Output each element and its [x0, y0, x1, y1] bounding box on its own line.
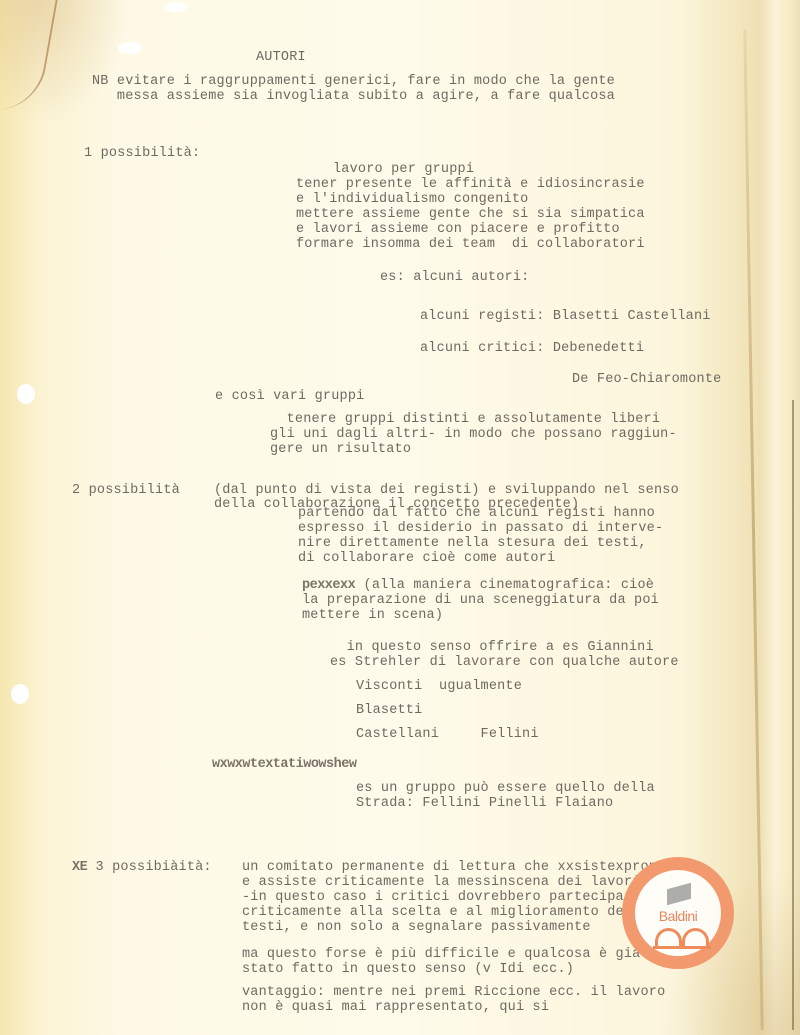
- paper-tear: [165, 2, 187, 12]
- struck-text: XE: [72, 860, 87, 875]
- building-icon: [667, 883, 691, 905]
- text-line: tenere gruppi distinti e assolutamente l…: [270, 412, 660, 427]
- section-label-text: 3 possibiàità:: [96, 860, 212, 875]
- text-line: es Strehler di lavorare con qualche auto…: [330, 655, 679, 670]
- page-title: AUTORI: [256, 50, 306, 65]
- text-line: e così vari gruppi: [215, 389, 364, 404]
- nb-line: NB evitare i raggruppamenti generici, fa…: [92, 74, 615, 89]
- text-line: Blasetti: [356, 703, 422, 718]
- text-line: criticamente alla scelta e al migliorame…: [242, 905, 632, 920]
- text-line: la preparazione di una sceneggiatura da …: [302, 593, 659, 608]
- text-line: un comitato permanente di lettura che xx…: [242, 860, 682, 875]
- text-line: espresso il desiderio in passato di inte…: [298, 521, 663, 536]
- paper-edge: [792, 400, 794, 1030]
- text-line: De Feo-Chiaromonte: [572, 372, 721, 387]
- text-line: alcuni registi: Blasetti Castellani: [420, 309, 711, 324]
- text-line: vantaggio: mentre nei premi Riccione ecc…: [242, 985, 665, 1000]
- b-logo-icon: [653, 928, 711, 948]
- typewritten-page: AUTORI NB evitare i raggruppamenti gener…: [0, 0, 800, 1035]
- text-line: es: alcuni autori:: [380, 270, 529, 285]
- section-label: 2 possibilità: [72, 483, 180, 498]
- struck-text: pexxexx: [302, 578, 355, 593]
- text-line: e l'individualismo congenito: [296, 192, 528, 207]
- section-label: 1 possibilità:: [84, 146, 200, 161]
- text-line: e assiste criticamente la messinscena de…: [242, 875, 640, 890]
- text-line: Strada: Fellini Pinelli Flaiano: [356, 796, 613, 811]
- paper-fold: [0, 0, 58, 110]
- text-line: in questo senso offrire a es Giannini: [330, 640, 654, 655]
- punch-hole: [11, 684, 29, 704]
- paper-tear: [118, 42, 142, 54]
- text-line: nire direttamente nella stesura dei test…: [298, 536, 647, 551]
- text-line: gli uni dagli altri- in modo che possano…: [270, 427, 677, 442]
- text-line: Visconti ugualmente: [356, 679, 522, 694]
- text-line: non è quasi mai rappresentato, qui si: [242, 1000, 549, 1015]
- punch-hole: [17, 384, 35, 404]
- struck-word: pexxexx (alla maniera cinematografica: c…: [302, 578, 654, 593]
- text-line: (dal punto di vista dei registi) e svilu…: [214, 483, 679, 498]
- text-line: partendo dal fatto che alcuni registi ha…: [298, 506, 655, 521]
- text-line: di collaborare cioè come autori: [298, 551, 555, 566]
- section-label: XE 3 possibiàità:: [72, 860, 212, 875]
- text-line: -in questo caso i critici dovrebbero par…: [242, 890, 640, 905]
- text-line: Castellani Fellini: [356, 727, 539, 742]
- text-line: lavoro per gruppi: [333, 162, 474, 177]
- archive-stamp: Baldini: [622, 857, 734, 969]
- text-line: stato fatto in questo senso (v Idi ecc.): [242, 962, 574, 977]
- text-line: alcuni critici: Debenedetti: [420, 341, 644, 356]
- text-line: formare insomma dei team di collaborator…: [296, 237, 645, 252]
- text-line: es un gruppo può essere quello della: [356, 781, 655, 796]
- text-line: gere un risultato: [270, 442, 411, 457]
- text-line: tener presente le affinità e idiosincras…: [296, 177, 645, 192]
- stamp-label: Baldini: [635, 908, 721, 924]
- nb-line: messa assieme sia invogliata subito a ag…: [92, 89, 615, 104]
- text-line: e lavori assieme con piacere e profitto: [296, 222, 620, 237]
- text-line: mettere in scena): [302, 608, 443, 623]
- text-line: mettere assieme gente che si sia simpati…: [296, 207, 645, 222]
- struck-line: wxwxwtextatiwowshew: [212, 757, 356, 772]
- text-line: ma questo forse è più difficile e qualco…: [242, 947, 640, 962]
- paper-crease: [743, 30, 763, 1030]
- text-line: testi, e non solo a segnalare passivamen…: [242, 920, 591, 935]
- text-line: (alla maniera cinematografica: cioè: [355, 578, 654, 593]
